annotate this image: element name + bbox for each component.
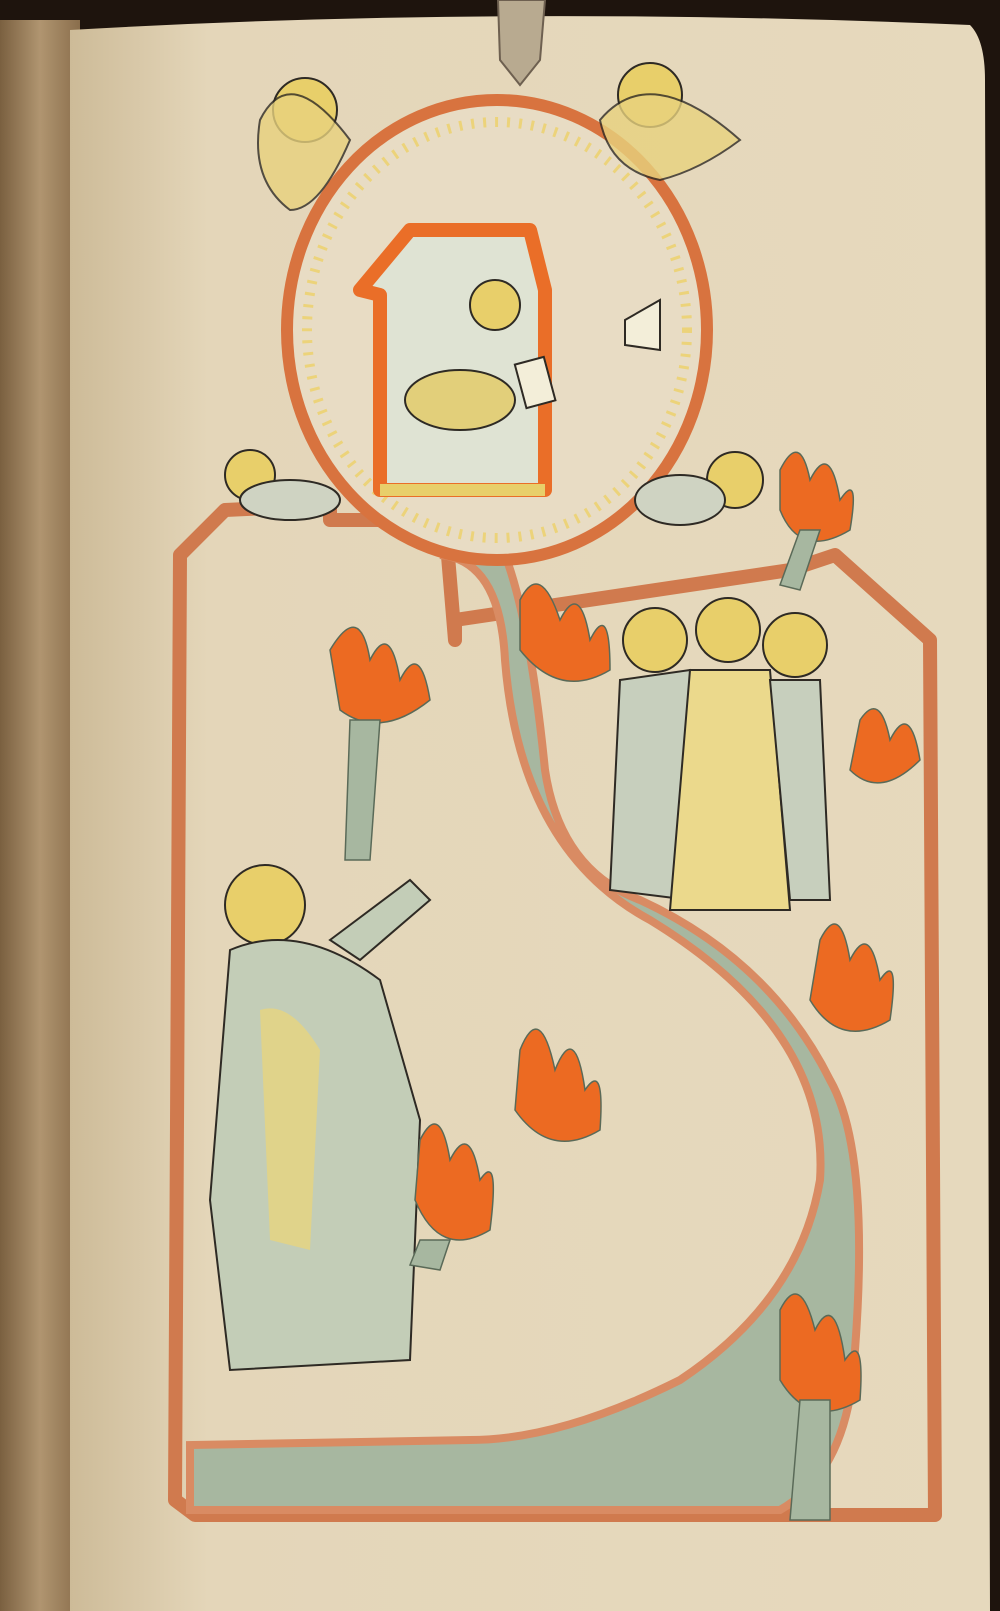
lamb-body — [405, 370, 515, 430]
group-of-saints — [610, 598, 830, 910]
lamb-halo — [470, 280, 520, 330]
manuscript-illustration — [0, 0, 1000, 1611]
throne — [360, 230, 545, 490]
manuscript-page-photo — [0, 0, 1000, 1611]
page-stack-edge — [0, 20, 80, 1611]
